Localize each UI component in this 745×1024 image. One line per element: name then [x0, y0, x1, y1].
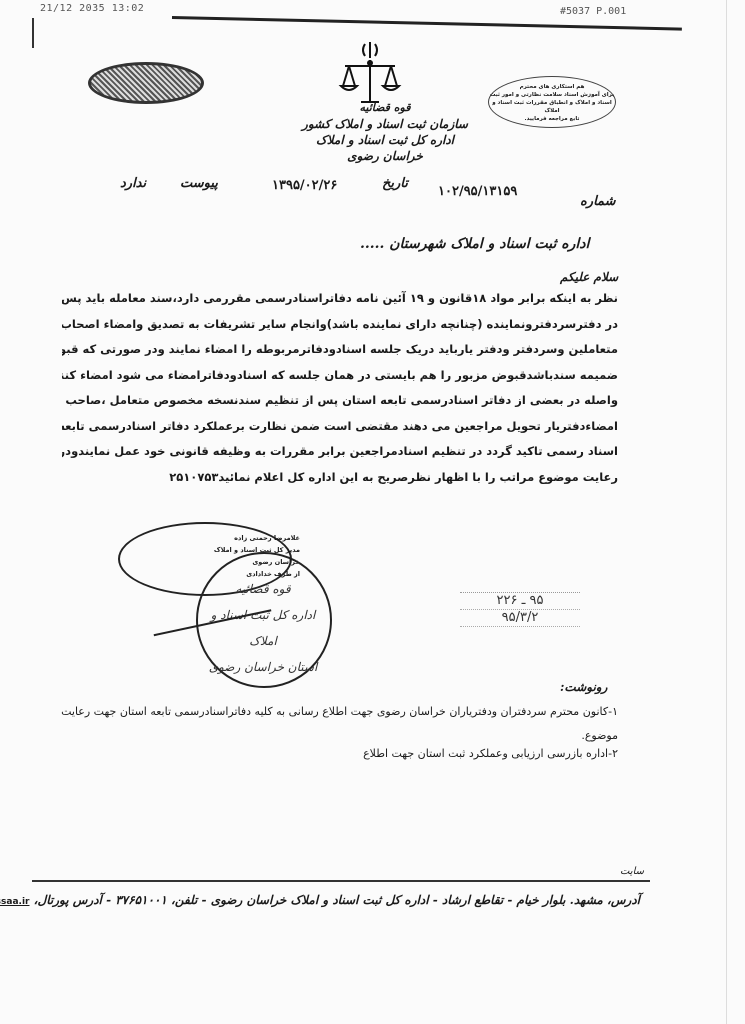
- org-judiciary: قوه قضائیه: [300, 100, 470, 116]
- footer-rule: [32, 880, 650, 882]
- body-line: نظر به اینکه برابر مواد ۱۸قانون و ۱۹ آئی…: [62, 286, 618, 312]
- portal-link[interactable]: kh.ssaa.ir: [0, 897, 29, 907]
- body-line: اسناد رسمی تاکید گردد در تنظیم اسنادمراج…: [62, 439, 618, 465]
- footer-site-label: سایت: [620, 866, 644, 877]
- body-line: واصله در بعضی از دفاتر اسنادرسمی تابعه ا…: [62, 388, 618, 414]
- cc-item: ۲-اداره بازرسی ارزیابی وعملکرد ثبت استان…: [52, 742, 618, 766]
- received-stamp: ۹۵ ـ ۲۲۶ ۹۵/۳/۲: [460, 592, 580, 627]
- stamp-line: برای آموزش اسناد سلامت نظارتی و امور ثبت: [489, 91, 615, 99]
- footer-address: آدرس، مشهد. بلوار خیام - تقاطع ارشاد - ا…: [60, 893, 640, 907]
- fax-timestamp: 21/12 2035 13:02: [40, 3, 144, 14]
- stamp-line: تابع مراجعه فرمایید.: [489, 115, 615, 123]
- letter-body: نظر به اینکه برابر مواد ۱۸قانون و ۱۹ آئی…: [62, 286, 618, 490]
- greeting: سلام علیکم: [560, 270, 618, 284]
- fax-page-ref: #5037 P.001: [560, 6, 626, 17]
- seal-line: استان خراسان رضوی: [208, 654, 318, 680]
- page-edge: [726, 0, 727, 1024]
- attachment-value: ندارد: [120, 172, 146, 191]
- notice-stamp: هم استکاری های محترم برای آموزش اسناد سل…: [488, 76, 616, 128]
- body-line: امضاءدفتریار تحویل مراجعین می دهند مقتضی…: [62, 414, 618, 440]
- org-province-office: اداره کل ثبت اسناد و املاک خراسان رضوی: [300, 132, 470, 164]
- attachment-label: پیوست: [180, 172, 218, 191]
- body-line: در دفترسردفترونماینده (چنانچه دارای نمای…: [62, 312, 618, 338]
- received-number: ۹۵ ـ ۲۲۶: [460, 593, 580, 610]
- body-line: رعایت موضوع مراتب را با اظهار نظرصریح به…: [62, 465, 618, 491]
- fax-document-page: 21/12 2035 13:02 #5037 P.001 قوه قضائیه …: [0, 0, 745, 1024]
- cc-item: ۱-کانون محترم سردفتران ودفتریاران خراسان…: [52, 700, 618, 724]
- cc-title: رونوشت:: [560, 680, 607, 694]
- addressee: اداره ثبت اسناد و املاک شهرستان .....: [360, 236, 589, 252]
- received-date: ۹۵/۳/۲: [460, 610, 580, 627]
- cc-list: ۱-کانون محترم سردفتران ودفتریاران خراسان…: [52, 700, 618, 766]
- number-value: ۱۰۲/۹۵/۱۳۱۵۹: [438, 180, 517, 199]
- address-text: آدرس، مشهد. بلوار خیام - تقاطع ارشاد - ا…: [34, 893, 640, 907]
- letterhead-org: قوه قضائیه سازمان ثبت اسناد و املاک کشور…: [300, 100, 470, 164]
- signatory-name: غلامرضا رحمتی زاده: [190, 532, 300, 544]
- classification-stamp: [88, 62, 204, 104]
- body-line: متعاملین وسردفتر ودفتر یارباید دریک جلسه…: [62, 337, 618, 363]
- header-rule: [172, 16, 682, 31]
- date-label: تاریخ: [382, 172, 408, 191]
- date-value: ۱۳۹۵/۰۲/۲۶: [272, 174, 337, 193]
- body-line: ضمیمه سندباشدقبوض مزبور را هم بایستی در …: [62, 363, 618, 389]
- number-label: شماره: [580, 190, 615, 209]
- stamp-line: هم استکاری های محترم: [489, 83, 615, 91]
- margin-mark: [32, 18, 34, 48]
- stamp-line: اسناد و املاک و انطباق مقررات ثبت اسناد …: [489, 99, 615, 115]
- org-registration: سازمان ثبت اسناد و املاک کشور: [300, 116, 470, 132]
